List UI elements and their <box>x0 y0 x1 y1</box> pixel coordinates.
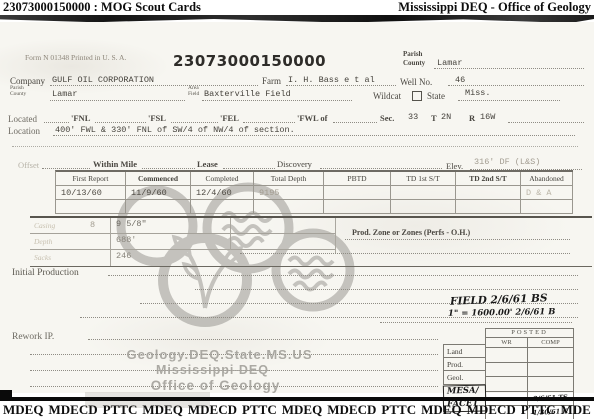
table-cell-completed: 12/4/60 <box>191 186 254 200</box>
table-cell-abandoned: D & A <box>521 186 573 200</box>
doc-title: 23073000150000 : MOG Scout Cards <box>3 0 201 15</box>
ruled-line <box>30 233 335 234</box>
header-bar: 23073000150000 : MOG Scout Cards Mississ… <box>0 0 594 15</box>
table-cell-commenced: 11/9/60 <box>126 186 191 200</box>
well-no-value: 46 <box>455 75 465 85</box>
table-cell-empty <box>126 200 191 214</box>
table-header: TD 1st S/T <box>391 172 456 186</box>
grid-line <box>230 218 231 250</box>
wildcat-checkbox <box>412 91 422 101</box>
footer-item: MDEQ <box>3 402 43 418</box>
posted-label-land: Land <box>443 344 486 358</box>
footer-item: PTTC <box>381 402 416 418</box>
ruled-line <box>448 85 584 86</box>
table-cell-first-report: 10/13/60 <box>56 186 126 200</box>
state-label: State <box>427 91 445 101</box>
api-card-number: 23073000150000 <box>173 52 326 70</box>
heavy-rule <box>30 266 592 267</box>
ruled-line <box>434 68 584 69</box>
location-label: Location <box>8 126 40 136</box>
grid-line <box>110 218 111 266</box>
watermark-org: Mississippi DEQ <box>145 363 280 377</box>
ruled-line <box>286 85 396 86</box>
footer-item: MDEQ <box>142 402 182 418</box>
ruled-line <box>345 239 570 240</box>
lease-label: Lease <box>197 159 218 169</box>
initial-production-label: Initial Production <box>12 268 79 278</box>
handwritten-note-line2: 1" = 1600.00' 2/6/61 B <box>448 307 556 319</box>
footer-item: PTTC <box>521 402 556 418</box>
township-value: 2N <box>441 112 451 122</box>
table-cell-empty <box>456 200 521 214</box>
watermark-office: Office of Geology <box>143 378 288 393</box>
wildcat-label: Wildcat <box>373 91 401 101</box>
sec-value: 33 <box>408 112 418 122</box>
table-header: Abandoned <box>521 172 573 186</box>
footer-item: MDEQ <box>421 402 461 418</box>
discovery-label: Discovery <box>277 159 312 169</box>
posted-cell <box>486 363 528 377</box>
ruled-line <box>50 85 258 86</box>
field-value: Baxterville Field <box>204 89 291 99</box>
well-no-label: Well No. <box>400 77 432 87</box>
table-cell-td2 <box>456 186 521 200</box>
posted-cell <box>486 377 528 391</box>
ruled-line <box>195 289 578 290</box>
table-header: Completed <box>191 172 254 186</box>
fel-label: 'FEL <box>220 113 239 123</box>
table-cell-empty <box>191 200 254 214</box>
located-label: Located <box>8 114 37 124</box>
posted-col-comp: COMP <box>528 338 573 347</box>
table-cell-empty <box>391 200 456 214</box>
table-cell-empty <box>521 200 573 214</box>
offset-label: Offset <box>18 160 39 170</box>
posted-cell <box>528 363 573 377</box>
footer-item: MDECD <box>49 402 98 418</box>
org-title: Mississippi DEQ - Office of Geology <box>398 0 591 15</box>
casing-row-label: Sacks <box>34 253 51 262</box>
table-cell-empty <box>56 200 126 214</box>
table-cell-td1 <box>391 186 456 200</box>
posted-cell <box>528 377 573 391</box>
fnl-label: 'FNL <box>71 113 90 123</box>
ruled-line <box>223 168 275 169</box>
footer-org-strip: MDEQ MDECD PTTC MDEQ MDECD PTTC MDEQ MDE… <box>0 402 594 418</box>
location-value: 400' FWL & 330' FNL of SW/4 of NW/4 of s… <box>55 125 295 135</box>
ruled-line <box>202 100 352 101</box>
fsl-label: 'FSL <box>148 113 166 123</box>
posted-cell <box>486 348 528 362</box>
county-top-value: Lamar <box>437 58 463 68</box>
posted-title: POSTED <box>486 329 573 338</box>
footer-item: MDECD <box>327 402 376 418</box>
casing-value: 688' <box>116 235 136 245</box>
ruled-line <box>12 146 578 147</box>
farm-value: I. H. Bass e t al <box>288 75 375 85</box>
handwritten-note-line1: FIELD 2/6/61 BS <box>450 292 548 307</box>
ruled-line <box>53 135 575 136</box>
posted-label-geol: Geol. <box>443 371 486 385</box>
ruled-line <box>333 122 377 123</box>
table-cell-pbtd <box>324 186 391 200</box>
ruled-line <box>95 122 146 123</box>
table-header: First Report <box>56 172 126 186</box>
ruled-line <box>30 249 335 250</box>
county-value: Lamar <box>52 89 78 99</box>
grid-line <box>335 218 336 254</box>
table-cell-total-depth: 9195 <box>254 186 324 200</box>
footer-item: MDEQ <box>282 402 322 418</box>
watermark-url: Geology.DEQ.State.MS.US <box>112 347 327 362</box>
range-label: R <box>469 113 475 123</box>
footer-item: MDECD <box>188 402 237 418</box>
footer-item: MDECD <box>467 402 516 418</box>
county-top-label: County <box>403 59 425 67</box>
table-cell-empty <box>324 200 391 214</box>
farm-label: Farm <box>262 76 281 86</box>
posted-cell <box>528 348 573 362</box>
prod-zone-label: Prod. Zone or Zones (Perfs - O.H.) <box>352 228 470 237</box>
heavy-rule <box>30 216 592 218</box>
casing-size: 8 <box>90 220 95 230</box>
fwl-label: 'FWL of <box>297 113 327 123</box>
form-note: Form N 01348 Printed in U. S. A. <box>25 53 126 62</box>
posted-col-wr: WR <box>486 338 528 347</box>
casing-value: 246 <box>116 251 131 261</box>
rework-ip-label: Rework IP. <box>12 332 54 342</box>
ruled-line <box>243 122 295 123</box>
elev-value: 316' DF (L&S) <box>474 157 540 167</box>
range-value: 16W <box>480 112 495 122</box>
company-value: GULF OIL CORPORATION <box>52 75 154 85</box>
area-field-label: AreaField <box>188 86 199 97</box>
scout-card-page: 23073000150000 : MOG Scout Cards Mississ… <box>0 0 594 419</box>
parish-county-label: ParishCounty <box>10 86 26 97</box>
ruled-line <box>42 168 90 169</box>
sec-label: Sec. <box>380 113 394 123</box>
table-header: PBTD <box>324 172 391 186</box>
ruled-line <box>508 122 584 123</box>
ruled-line <box>88 339 438 340</box>
ruled-line <box>380 322 572 323</box>
table-cell-empty <box>254 200 324 214</box>
footer-item: PTTC <box>103 402 138 418</box>
scanned-card: Form N 01348 Printed in U. S. A. 2307300… <box>0 22 594 393</box>
within-mile-label: Within Mile <box>93 159 137 169</box>
township-label: T <box>431 113 437 123</box>
casing-row-label: Depth <box>34 237 52 246</box>
ruled-line <box>142 168 195 169</box>
casing-row-label: Casing <box>34 221 55 230</box>
ruled-line <box>108 275 578 276</box>
ruled-line <box>44 122 69 123</box>
scan-bottom-edge <box>0 397 594 401</box>
scan-corner-mark <box>0 390 12 397</box>
footer-item: PTTC <box>242 402 277 418</box>
footer-item: MDE <box>561 402 591 418</box>
ruled-line <box>458 100 560 101</box>
table-header: Total Depth <box>254 172 324 186</box>
parish-top-label: Parish <box>403 50 422 58</box>
casing-value: 9 5/8" <box>116 219 147 229</box>
ruled-line <box>240 253 570 254</box>
table-header: TD 2nd S/T <box>456 172 521 186</box>
posted-label-prod: Prod. <box>443 358 486 372</box>
ruled-line <box>50 100 185 101</box>
well-dates-table: First Report Commenced Completed Total D… <box>55 170 573 214</box>
table-header: Commenced <box>126 172 191 186</box>
ruled-line <box>171 122 218 123</box>
ruled-line <box>320 168 442 169</box>
state-value: Miss. <box>465 88 491 98</box>
